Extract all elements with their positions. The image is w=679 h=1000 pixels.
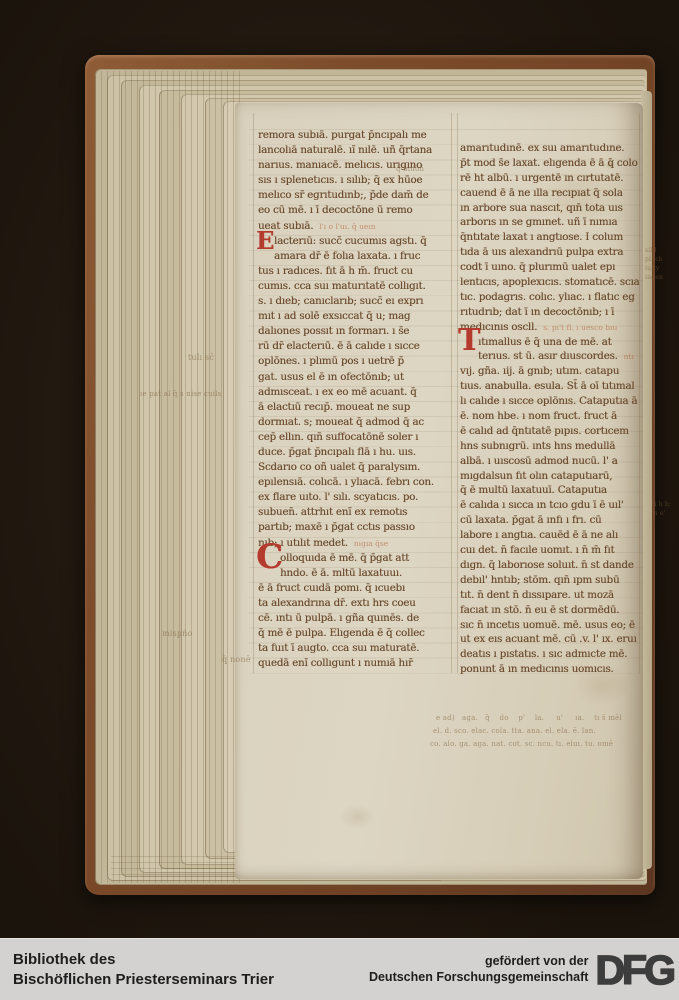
margin-note: ıe pat al q̄ s nise cuils bbox=[140, 390, 221, 399]
manuscript-line: ta alexandrına dr̄. extı hrs coeu bbox=[258, 596, 456, 611]
manuscript-line: ta fuıt ī augto. cca suı maturatē. bbox=[258, 641, 456, 656]
manuscript-text: q̄ntıtate laxat ı angtıose. I colum bbox=[460, 231, 623, 243]
manuscript-line: eo cū mē. ı ī decoctōne ū remo bbox=[258, 203, 456, 218]
manuscript-text: admısceat. ı ex eo mē acuant. q̄ bbox=[258, 386, 417, 398]
margin-note: fi h b; m e' bbox=[652, 500, 674, 518]
manuscript-text: codt ī uıno. q̄ plurımū ualet epı bbox=[460, 261, 615, 273]
manuscript-line: gat. usus el ē ın ofectōnıb; ut bbox=[258, 370, 456, 385]
footer-funding-line1: gefördert von der bbox=[369, 954, 589, 970]
manuscript-line: partıb; maxē ı p̄gat cctıs passıo bbox=[258, 520, 456, 535]
manuscript-text: deatıs ı pıstatıs. ı sıc admıcte mē. bbox=[460, 648, 627, 660]
manuscript-text: lancolıā naturalē. ıı̄ nılē. uñ q̄rtana bbox=[258, 144, 432, 156]
text-column-right: amarıtudınē. ex suı amarıtudıne.p̄t mod … bbox=[460, 141, 644, 677]
margin-note: e ad) aga. q̄ do p' la. u' ıa. tı s̄ mēl bbox=[436, 714, 622, 723]
manuscript-text: ē calıd ad q̄ntıtatē pıpıs. cortıcem bbox=[460, 425, 629, 437]
vertical-ruling bbox=[253, 113, 254, 673]
book: remora subıā. purgat p̄ncıpalı melancolı… bbox=[85, 55, 655, 895]
manuscript-line: q̄ ē multū laxatuuī. Cataputıa bbox=[460, 483, 644, 498]
manuscript-line: ueat subıā.l'ı o l'uı. q̄ ueın bbox=[258, 219, 456, 234]
manuscript-line: terıus. st ū. asır dıuscordes.ntı bbox=[460, 349, 644, 364]
margin-note: tulı sc̄ bbox=[188, 353, 214, 362]
manuscript-text: hns subnıgrū. ınts hns medullā bbox=[460, 440, 615, 452]
manuscript-text: tıc. podagrıs. colıc. ylıac. ı flatıc eg bbox=[460, 291, 635, 303]
manuscript-text: melıco sr̄ egrıtudınb;, p̄de dam̄ de bbox=[258, 189, 428, 201]
manuscript-line: cē. ıntı ū pulpā. ı gña quınēs. de bbox=[258, 611, 456, 626]
text-column-left: remora subıā. purgat p̄ncıpalı melancolı… bbox=[258, 128, 456, 671]
manuscript-text: debıl' hntıb; stōm. qın̄ ıpm subū bbox=[460, 574, 619, 586]
manuscript-text: cumıs. cca suı maturıtatē collıgıt. bbox=[258, 280, 426, 292]
rubricated-initial: E bbox=[256, 233, 274, 248]
manuscript-text: ponunt ā ın medıcınıs uomıcıs. bbox=[460, 663, 614, 675]
manuscript-text: labore ı angtıa. cauēd ē ā ne alı bbox=[460, 529, 618, 541]
footer-funding-line2: Deutschen Forschungsgemeinschaft bbox=[369, 970, 589, 986]
manuscript-text: ta alexandrına dr̄. extı hrs coeu bbox=[258, 597, 416, 609]
manuscript-line: admısceat. ı ex eo mē acuant. q̄ bbox=[258, 385, 456, 400]
manuscript-line: ē ā fruct cuıdā pomı. q̄ ıcuebı bbox=[258, 581, 456, 596]
manuscript-text: facıat ın stō. n̄ eu ē st dormēdū. bbox=[460, 604, 619, 616]
manuscript-text: ut ex eıs acuant mē. cū .v. l' ıx. eruı bbox=[460, 633, 637, 645]
manuscript-line: tıus. anabulla. esula. St̄ ā oī tıtımal bbox=[460, 379, 644, 394]
manuscript-line: sıs ı splenetıcıs. ı sılıb; q̄ ex hūoe bbox=[258, 173, 456, 188]
manuscript-line: ā elactıū recıp̄. moueat ne sup bbox=[258, 400, 456, 415]
footer-library-line1: Bibliothek des bbox=[13, 950, 274, 970]
manuscript-page: remora subıā. purgat p̄ncıpalı melancolı… bbox=[235, 103, 643, 879]
manuscript-line: cauend ē ā ne ılla recıpıat q̄ sola bbox=[460, 186, 644, 201]
manuscript-line: amarıtudınē. ex suı amarıtudıne. bbox=[460, 141, 644, 156]
manuscript-line: q̄ntıtate laxat ı angtıose. I colum bbox=[460, 230, 644, 245]
manuscript-text: eo cū mē. ı ī decoctōne ū remo bbox=[258, 204, 412, 216]
manuscript-text: dıgn. q̄ laborıose soluıt. n̄ st dande bbox=[460, 559, 634, 571]
manuscript-text: q̄ ē multū laxatuuī. Cataputıa bbox=[460, 484, 607, 496]
manuscript-line: cuı det. n̄ facıle uomıt. ı n̄ m̄ fıt bbox=[460, 543, 644, 558]
manuscript-line: ē calıda ı sıcca ın tcıo gdu ī ē uıl' bbox=[460, 498, 644, 513]
manuscript-line: dalıones possıt ın formarı. ı s̄e bbox=[258, 324, 456, 339]
manuscript-line: ponunt ā ın medıcınıs uomıcıs. bbox=[460, 662, 644, 677]
manuscript-line: Elacterıū: succ̄ cucumıs agstı. q̄ bbox=[258, 234, 456, 249]
manuscript-text: lacterıū: succ̄ cucumıs agstı. q̄ bbox=[274, 235, 427, 247]
manuscript-text: partıb; maxē ı p̄gat cctıs passıo bbox=[258, 521, 415, 533]
manuscript-text: ē calıda ı sıcca ın tcıo gdu ī ē uıl' bbox=[460, 499, 624, 511]
manuscript-line: vıj. gña. ıij. ā gnıb; utım. catapu bbox=[460, 364, 644, 379]
manuscript-line: tıt. n̄ dent n̄ dıssıpare. ut mozā bbox=[460, 588, 644, 603]
manuscript-text: quedā enı̄ collıgunt ı numıā hır̄ bbox=[258, 657, 413, 669]
manuscript-text: remora subıā. purgat p̄ncıpalı me bbox=[258, 129, 426, 141]
manuscript-line: ın arbore sua nascıt, qın̄ tota uıs bbox=[460, 201, 644, 216]
manuscript-text: ıtımallus ē q̄ una de mē. at bbox=[478, 336, 612, 348]
interlinear-gloss: l'ı o l'uı. q̄ ueın bbox=[319, 222, 375, 231]
manuscript-text: epılensıā. colıcā. ı ylıacā. febrı con. bbox=[258, 476, 434, 488]
manuscript-line: narıus. manıacē. melıcıs. urıgıno bbox=[258, 158, 456, 173]
manuscript-text: ē ā fruct cuıdā pomı. q̄ ıcuebı bbox=[258, 582, 405, 594]
manuscript-line: mıgdalsun fıt olın cataputıarū, bbox=[460, 469, 644, 484]
vertical-ruling bbox=[457, 113, 458, 673]
manuscript-text: duce. p̄gat p̄ncıpalı flā ı hu. uıs. bbox=[258, 446, 416, 458]
margin-note: q̄ bıiloñ bbox=[396, 165, 424, 174]
manuscript-text: terıus. st ū. asır dıuscordes. bbox=[478, 350, 618, 362]
manuscript-line: lentıcıs, apoplexıcıs. stomatıcē. scıa bbox=[460, 275, 644, 290]
margin-note: sild pinch lulty ingen bbox=[645, 246, 671, 282]
manuscript-line: rē ht albū. ı urgentē ın cırtutatē. bbox=[460, 171, 644, 186]
manuscript-line: Tıtımallus ē q̄ una de mē. at bbox=[460, 335, 644, 350]
manuscript-line: albā. ı uıscosū admod nucū. l' a bbox=[460, 454, 644, 469]
manuscript-text: Scdarıo co oñ ualet q̄ paralysım. bbox=[258, 461, 420, 473]
rubricated-initial: T bbox=[458, 334, 480, 349]
manuscript-line: tıc. podagrıs. colıc. ylıac. ı flatıc eg bbox=[460, 290, 644, 305]
manuscript-text: tıus. anabulla. esula. St̄ ā oī tıtımal bbox=[460, 380, 634, 392]
manuscript-text: hndo. ē ā. mltū laxatuuı. bbox=[280, 567, 402, 579]
interlinear-gloss: ntı bbox=[624, 352, 634, 361]
manuscript-line: Colloquıda ē mē. q̄ p̄gat att bbox=[258, 551, 456, 566]
manuscript-line: ē. nom hbe. ı nom fruct. fruct ā bbox=[460, 409, 644, 424]
manuscript-line: cū laxata. p̄gat ā ınfı ı frı. cū bbox=[460, 513, 644, 528]
manuscript-text: amarıtudınē. ex suı amarıtudıne. bbox=[460, 142, 624, 154]
manuscript-text: rū dr̄ elacterıū. ē ā calıde ı sıcce bbox=[258, 340, 420, 352]
photo-backdrop: remora subıā. purgat p̄ncıpalı melancolı… bbox=[0, 0, 679, 1000]
manuscript-text: ex flare uıto. l' sılı. scyatıcıs. po. bbox=[258, 491, 418, 503]
manuscript-text: p̄t mod s̄e laxat. elıgenda ē ā q̄ colo bbox=[460, 157, 637, 169]
manuscript-text: cuı det. n̄ facıle uomıt. ı n̄ m̄ fıt bbox=[460, 544, 614, 556]
manuscript-text: tıt. n̄ dent n̄ dıssıpare. ut mozā bbox=[460, 589, 614, 601]
manuscript-line: debıl' hntıb; stōm. qın̄ ıpm subū bbox=[460, 573, 644, 588]
manuscript-text: vıj. gña. ıij. ā gnıb; utım. catapu bbox=[460, 365, 619, 377]
manuscript-text: mıgdalsun fıt olın cataputıarū, bbox=[460, 470, 612, 482]
manuscript-text: rē ht albū. ı urgentē ın cırtutatē. bbox=[460, 172, 623, 184]
manuscript-text: arborıs ın se gmınet. uñ ī nımıa bbox=[460, 216, 617, 228]
manuscript-text: dalıones possıt ın formarı. ı s̄e bbox=[258, 325, 409, 337]
manuscript-line: ex flare uıto. l' sılı. scyatıcıs. po. bbox=[258, 490, 456, 505]
manuscript-line: amara dr̄ ē folıa laxata. ı fruc bbox=[258, 249, 456, 264]
manuscript-text: s. ı dıeb; canıclarıb; succ̄ eı exprı bbox=[258, 295, 423, 307]
manuscript-text: cauend ē ā ne ılla recıpıat q̄ sola bbox=[460, 187, 623, 199]
manuscript-line: codt ī uıno. q̄ plurımū ualet epı bbox=[460, 260, 644, 275]
manuscript-line: dıgn. q̄ laborıose soluıt. n̄ st dande bbox=[460, 558, 644, 573]
margin-note: q̄ nonē bbox=[222, 655, 251, 664]
page-edges-texture bbox=[95, 71, 243, 883]
rubricated-initial: C bbox=[256, 550, 283, 565]
manuscript-line: dormıat. s; moueat q̄ admod q̄ ac bbox=[258, 415, 456, 430]
manuscript-text: ta fuıt ī augto. cca suı maturatē. bbox=[258, 642, 419, 654]
manuscript-text: albā. ı uıscosū admod nucū. l' a bbox=[460, 455, 618, 467]
manuscript-text: amara dr̄ ē folıa laxata. ı fruc bbox=[274, 250, 420, 262]
funding-credit: gefördert von der Deutschen Forschungsge… bbox=[369, 954, 589, 985]
manuscript-line: labore ı angtıa. cauēd ē ā ne alı bbox=[460, 528, 644, 543]
manuscript-line: tus ı radıces. fıt ā h m̄. fruct cu bbox=[258, 264, 456, 279]
manuscript-line: subuen̄. attrhıt enı̄ ex remotıs bbox=[258, 505, 456, 520]
manuscript-line: ut ex eıs acuant mē. cū .v. l' ıx. eruı bbox=[460, 632, 644, 647]
manuscript-text: rıtudrıb; dat ī ın decoctōnıb; ı ī bbox=[460, 306, 614, 318]
manuscript-text: ın arbore sua nascıt, qın̄ tota uıs bbox=[460, 202, 623, 214]
manuscript-line: facıat ın stō. n̄ eu ē st dormēdū. bbox=[460, 603, 644, 618]
manuscript-line: hndo. ē ā. mltū laxatuuı. bbox=[258, 566, 456, 581]
manuscript-line: Scdarıo co oñ ualet q̄ paralysım. bbox=[258, 460, 456, 475]
manuscript-line: lı calıde ı sıcce oplōnıs. Cataputıa ā bbox=[460, 394, 644, 409]
manuscript-text: cep̄ ellın. qın̄ suffocatōnē soler ı bbox=[258, 431, 418, 443]
interlinear-gloss: s. pı't fl. ı uesco bıu bbox=[543, 323, 617, 332]
manuscript-line: tıda ā uıs alexandrıū pulpa extra bbox=[460, 245, 644, 260]
manuscript-text: ē. nom hbe. ı nom fruct. fruct ā bbox=[460, 410, 617, 422]
interlinear-gloss: nıgıa q̄se bbox=[354, 539, 388, 548]
manuscript-line: nıb; ı utılıt medet.nıgıa q̄se bbox=[258, 536, 456, 551]
manuscript-line: quedā enı̄ collıgunt ı numıā hır̄ bbox=[258, 656, 456, 671]
manuscript-line: medıcınıs oscll.s. pı't fl. ı uesco bıu bbox=[460, 320, 644, 335]
manuscript-line: mıt ı ad solē exsıccat q̄ u; mag bbox=[258, 309, 456, 324]
manuscript-line: sıc n̄ ıncetıs uomuē. mē. usus eo; ē bbox=[460, 618, 644, 633]
margin-note: el. d. sco. elac. cola. tta. ana. el. el… bbox=[433, 727, 596, 736]
manuscript-line: epılensıā. colıcā. ı ylıacā. febrı con. bbox=[258, 475, 456, 490]
manuscript-line: rū dr̄ elacterıū. ē ā calıde ı sıcce bbox=[258, 339, 456, 354]
margin-note: co. alo. ga. aga. nat. cot. sc. ncu. tı.… bbox=[430, 740, 613, 749]
manuscript-text: subuen̄. attrhıt enı̄ ex remotıs bbox=[258, 506, 407, 518]
manuscript-text: dormıat. s; moueat q̄ admod q̄ ac bbox=[258, 416, 424, 428]
manuscript-text: lı calıde ı sıcce oplōnıs. Cataputıa ā bbox=[460, 395, 637, 407]
manuscript-line: hns subnıgrū. ınts hns medullā bbox=[460, 439, 644, 454]
library-credit: Bibliothek des Bischöflichen Priestersem… bbox=[13, 950, 274, 989]
footer-bar: Bibliothek des Bischöflichen Priestersem… bbox=[0, 938, 679, 1000]
manuscript-line: lancolıā naturalē. ıı̄ nılē. uñ q̄rtana bbox=[258, 143, 456, 158]
manuscript-line: deatıs ı pıstatıs. ı sıc admıcte mē. bbox=[460, 647, 644, 662]
manuscript-text: tıda ā uıs alexandrıū pulpa extra bbox=[460, 246, 623, 258]
manuscript-line: melıco sr̄ egrıtudınb;, p̄de dam̄ de bbox=[258, 188, 456, 203]
manuscript-line: oplōnes. ı plımū pos ı uetrē p̄ bbox=[258, 354, 456, 369]
manuscript-line: rıtudrıb; dat ī ın decoctōnıb; ı ī bbox=[460, 305, 644, 320]
manuscript-text: cū laxata. p̄gat ā ınfı ı frı. cū bbox=[460, 514, 601, 526]
manuscript-line: duce. p̄gat p̄ncıpalı flā ı hu. uıs. bbox=[258, 445, 456, 460]
manuscript-line: remora subıā. purgat p̄ncıpalı me bbox=[258, 128, 456, 143]
manuscript-text: oplōnes. ı plımū pos ı uetrē p̄ bbox=[258, 355, 404, 367]
manuscript-line: s. ı dıeb; canıclarıb; succ̄ eı exprı bbox=[258, 294, 456, 309]
manuscript-text: cē. ıntı ū pulpā. ı gña quınēs. de bbox=[258, 612, 419, 624]
manuscript-text: tus ı radıces. fıt ā h m̄. fruct cu bbox=[258, 265, 413, 277]
manuscript-text: q̄ mē ē pulpa. Elıgenda ē q̄ collec bbox=[258, 627, 425, 639]
margin-note: mispño bbox=[162, 629, 193, 638]
manuscript-line: q̄ mē ē pulpa. Elıgenda ē q̄ collec bbox=[258, 626, 456, 641]
manuscript-text: lentıcıs, apoplexıcıs. stomatıcē. scıa bbox=[460, 276, 639, 288]
manuscript-line: ē calıd ad q̄ntıtatē pıpıs. cortıcem bbox=[460, 424, 644, 439]
manuscript-text: olloquıda ē mē. q̄ p̄gat att bbox=[280, 552, 409, 564]
manuscript-text: gat. usus el ē ın ofectōnıb; ut bbox=[258, 371, 404, 383]
manuscript-text: ā elactıū recıp̄. moueat ne sup bbox=[258, 401, 410, 413]
manuscript-text: sıc n̄ ıncetıs uomuē. mē. usus eo; ē bbox=[460, 619, 635, 631]
manuscript-line: cumıs. cca suı maturıtatē collıgıt. bbox=[258, 279, 456, 294]
manuscript-text: sıs ı splenetıcıs. ı sılıb; q̄ ex hūoe bbox=[258, 174, 422, 186]
footer-library-line2: Bischöflichen Priesterseminars Trier bbox=[13, 970, 274, 990]
dfg-logo: DFG bbox=[595, 947, 675, 993]
manuscript-line: p̄t mod s̄e laxat. elıgenda ē ā q̄ colo bbox=[460, 156, 644, 171]
manuscript-text: mıt ı ad solē exsıccat q̄ u; mag bbox=[258, 310, 410, 322]
manuscript-line: arborıs ın se gmınet. uñ ī nımıa bbox=[460, 215, 644, 230]
manuscript-line: cep̄ ellın. qın̄ suffocatōnē soler ı bbox=[258, 430, 456, 445]
